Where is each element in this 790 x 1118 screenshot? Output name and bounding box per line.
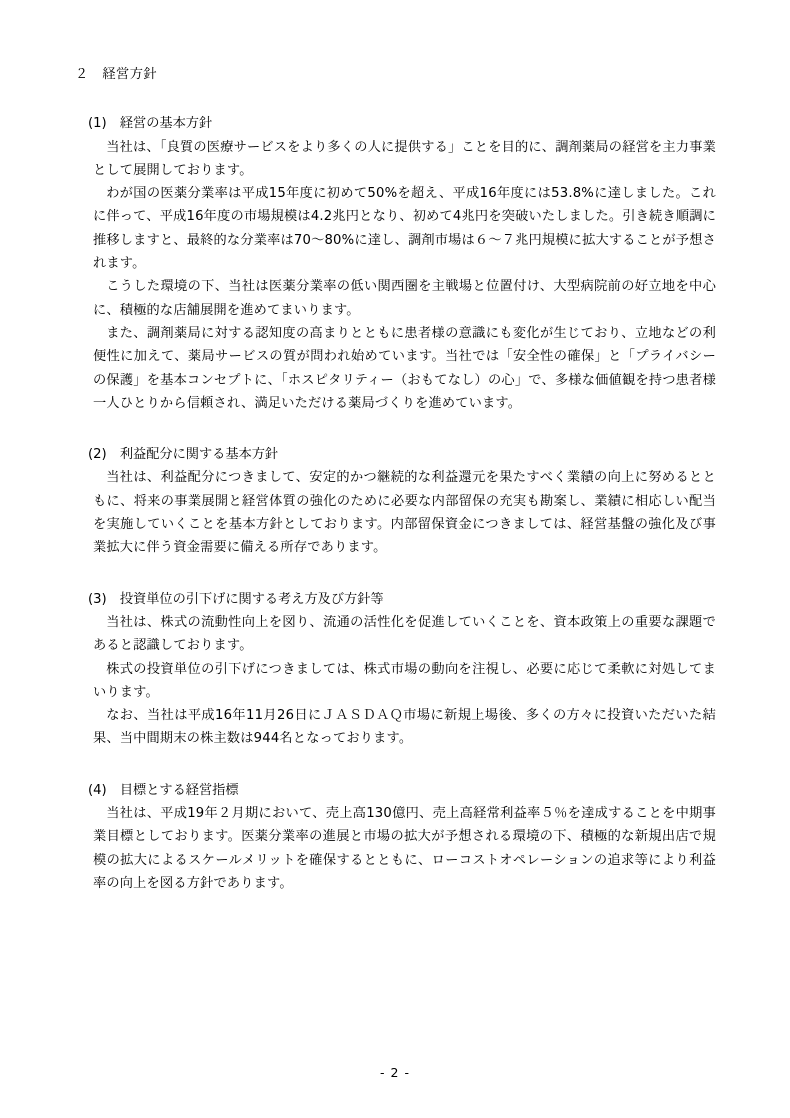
- page-number: - 2 -: [0, 1061, 790, 1084]
- page-title: ２ 経営方針: [75, 63, 718, 86]
- section-investment-unit-policy: (3) 投資単位の引下げに関する考え方及び方針等 当社は、株式の流動性向上を図り…: [75, 588, 718, 751]
- paragraph: 株式の投資単位の引下げにつきましては、株式市場の動向を注視し、必要に応じて柔軟に…: [93, 658, 716, 705]
- paragraph: なお、当社は平成16年11月26日にＪＡＳＤＡＱ市場に新規上場後、多くの方々に投…: [93, 704, 716, 751]
- paragraph: また、調剤薬局に対する認知度の高まりとともに患者様の意識にも変化が生じており、立…: [93, 322, 716, 415]
- section-basic-management-policy: (1) 経営の基本方針 当社は、「良質の医療サービスをより多くの人に提供する」こ…: [75, 112, 718, 415]
- section-heading: (1) 経営の基本方針: [88, 112, 718, 135]
- section-body: 当社は、平成19年２月期において、売上高130億円、売上高経常利益率５％を達成す…: [93, 802, 716, 895]
- document-page: ２ 経営方針 (1) 経営の基本方針 当社は、「良質の医療サービスをより多くの人…: [0, 0, 790, 1118]
- section-profit-distribution-policy: (2) 利益配分に関する基本方針 当社は、利益配分につきまして、安定的かつ継続的…: [75, 443, 718, 559]
- section-body: 当社は、利益配分につきまして、安定的かつ継続的な利益還元を果たすべく業績の向上に…: [93, 466, 716, 559]
- section-heading: (3) 投資単位の引下げに関する考え方及び方針等: [88, 588, 718, 611]
- section-body: 当社は、株式の流動性向上を図り、流通の活性化を促進していくことを、資本政策上の重…: [93, 611, 716, 751]
- paragraph: 当社は、利益配分につきまして、安定的かつ継続的な利益還元を果たすべく業績の向上に…: [93, 466, 716, 559]
- section-target-management-indicators: (4) 目標とする経営指標 当社は、平成19年２月期において、売上高130億円、…: [75, 779, 718, 895]
- paragraph: 当社は、「良質の医療サービスをより多くの人に提供する」ことを目的に、調剤薬局の経…: [93, 136, 716, 183]
- paragraph: 当社は、株式の流動性向上を図り、流通の活性化を促進していくことを、資本政策上の重…: [93, 611, 716, 658]
- section-body: 当社は、「良質の医療サービスをより多くの人に提供する」ことを目的に、調剤薬局の経…: [93, 136, 716, 416]
- paragraph: 当社は、平成19年２月期において、売上高130億円、売上高経常利益率５％を達成す…: [93, 802, 716, 895]
- section-heading: (2) 利益配分に関する基本方針: [88, 443, 718, 466]
- paragraph: わが国の医薬分業率は平成15年度に初めて50%を超え、平成16年度には53.8%…: [93, 182, 716, 275]
- section-heading: (4) 目標とする経営指標: [88, 779, 718, 802]
- paragraph: こうした環境の下、当社は医薬分業率の低い関西圏を主戦場と位置付け、大型病院前の好…: [93, 275, 716, 322]
